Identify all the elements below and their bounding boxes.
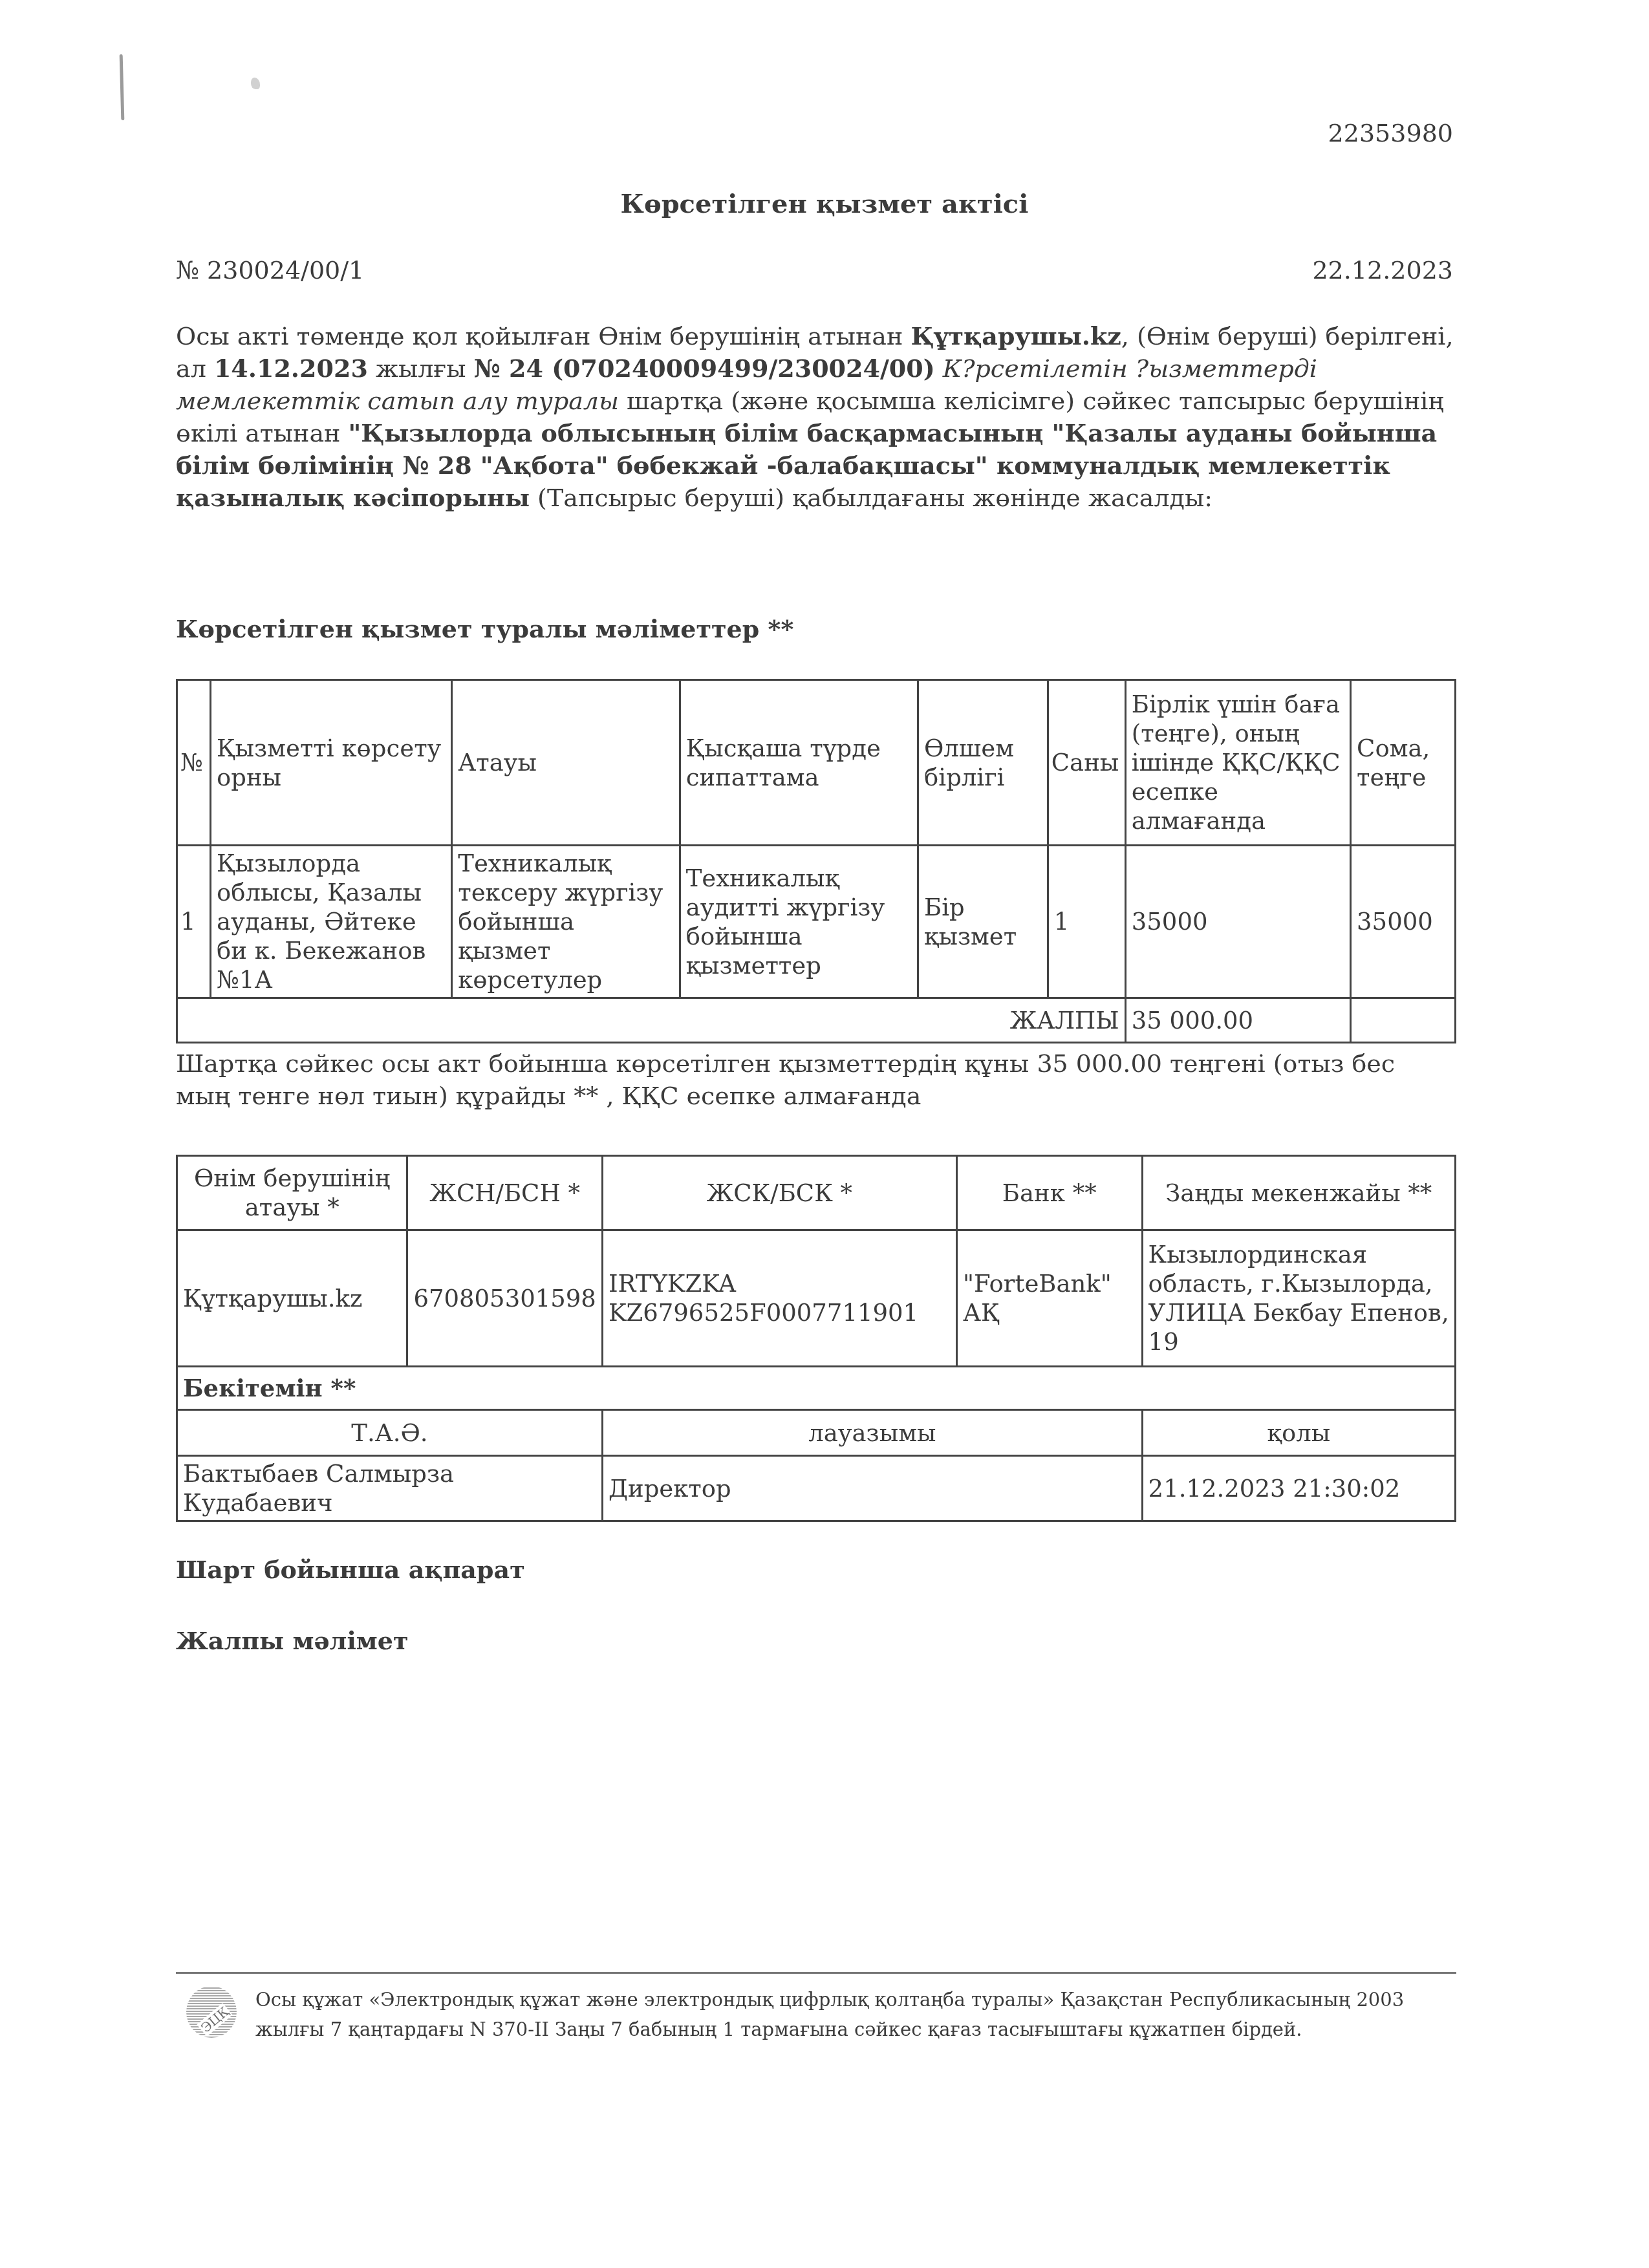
cell-signed-at: 21.12.2023 21:30:02 — [1142, 1456, 1455, 1521]
cell-unit-price: 35000 — [1125, 846, 1350, 998]
total-row: ЖАЛПЫ 35 000.00 — [177, 998, 1456, 1043]
column-header: № — [177, 680, 211, 846]
column-header: Өнім берушінің атауы * — [177, 1156, 407, 1230]
column-header: Өлшем бірлігі — [918, 680, 1048, 846]
cell-description: Техникалық аудитті жүргізу бойынша қызме… — [680, 846, 918, 998]
column-header: Банк ** — [956, 1156, 1142, 1230]
bik: IRTYKZKA — [609, 1269, 951, 1298]
sign-header-row: Т.А.Ә. лауазымы қолы — [177, 1410, 1456, 1456]
cell-no: 1 — [177, 846, 211, 998]
contract-date: 14.12.2023 — [214, 354, 368, 383]
act-number: № 230024/00/1 — [176, 256, 364, 284]
column-header: Қызметті көрсету орны — [210, 680, 451, 846]
supplier-table: Өнім берушінің атауы * ЖСН/БСН * ЖСК/БСК… — [176, 1155, 1456, 1522]
column-header: ЖСК/БСК * — [602, 1156, 956, 1230]
column-header: Атауы — [452, 680, 680, 846]
column-header: лауазымы — [602, 1410, 1142, 1456]
cell-address: Кызылординская область, г.Кызылорда, УЛИ… — [1142, 1230, 1455, 1367]
intro-text — [935, 354, 943, 383]
column-header: Қысқаша түрде сипаттама — [680, 680, 918, 846]
supplier-name: Құтқарушы.kz — [911, 321, 1121, 350]
iik: KZ6796525F0007711901 — [609, 1298, 951, 1327]
contract-number: № 24 (070240009499/230024/00) — [474, 354, 935, 383]
services-table: № Қызметті көрсету орны Атауы Қысқаша тү… — [176, 679, 1456, 1043]
cell-supplier-name: Құтқарушы.kz — [177, 1230, 407, 1367]
column-header: Саны — [1048, 680, 1125, 846]
total-empty-cell — [1351, 998, 1456, 1043]
page-title: Көрсетілген қызмет актісі — [0, 189, 1649, 219]
cell-unit: Бір қызмет — [918, 846, 1048, 998]
table-header-row: № Қызметті көрсету орны Атауы Қысқаша тү… — [177, 680, 1456, 846]
column-header: Заңды мекенжайы ** — [1142, 1156, 1455, 1230]
intro-paragraph: Осы акті төменде қол қойылған Өнім беруш… — [176, 320, 1456, 514]
table-header-row: Өнім берушінің атауы * ЖСН/БСН * ЖСК/БСК… — [177, 1156, 1456, 1230]
contract-info-heading: Шарт бойынша ақпарат — [176, 1555, 525, 1584]
cell-name: Техникалық тексеру жүргізу бойынша қызме… — [452, 846, 680, 998]
cell-account: IRTYKZKAKZ6796525F0007711901 — [602, 1230, 956, 1367]
seal-label: ЭЦҚ — [197, 2003, 232, 2037]
total-value: 35 000.00 — [1125, 998, 1350, 1043]
intro-text: жылғы — [368, 354, 474, 383]
column-header: Сома, теңге — [1351, 680, 1456, 846]
cell-location: Қызылорда облысы, Қазалы ауданы, Әйтеке … — [210, 846, 451, 998]
cell-bank: "ForteBank" АҚ — [956, 1230, 1142, 1367]
e-signature-seal-icon: ЭЦҚ — [186, 1986, 237, 2038]
cell-quantity: 1 — [1048, 846, 1125, 998]
cell-full-name: Бактыбаев Салмырза Кудабаевич — [177, 1456, 603, 1521]
column-header: қолы — [1142, 1410, 1455, 1456]
general-info-heading: Жалпы мәлімет — [176, 1626, 409, 1655]
act-date: 22.12.2023 — [1312, 256, 1453, 284]
cell-amount: 35000 — [1351, 846, 1456, 998]
approve-label: Бекітемін ** — [177, 1367, 1456, 1410]
services-heading: Көрсетілген қызмет туралы мәліметтер ** — [176, 614, 793, 643]
column-header: Т.А.Ә. — [177, 1410, 603, 1456]
table-row: 1 Қызылорда облысы, Қазалы ауданы, Әйтек… — [177, 846, 1456, 998]
footer-divider — [176, 1972, 1456, 1974]
document-id: 22353980 — [1328, 119, 1453, 147]
column-header: Бірлік үшін баға (теңге), оның ішінде ҚҚ… — [1125, 680, 1350, 846]
intro-text: (Тапсырыс беруші) қабылдағаны жөнінде жа… — [530, 484, 1212, 512]
scan-speck — [251, 78, 260, 89]
column-header: ЖСН/БСН * — [407, 1156, 603, 1230]
summary-paragraph: Шартқа сәйкес осы акт бойынша көрсетілге… — [176, 1047, 1456, 1112]
cell-iin-bin: 670805301598 — [407, 1230, 603, 1367]
approve-row: Бекітемін ** — [177, 1367, 1456, 1410]
total-label: ЖАЛПЫ — [177, 998, 1126, 1043]
sign-row: Бактыбаев Салмырза Кудабаевич Директор 2… — [177, 1456, 1456, 1521]
cell-position: Директор — [602, 1456, 1142, 1521]
footer-legal-note: Осы құжат «Электрондық құжат және электр… — [255, 1985, 1458, 2044]
table-row: Құтқарушы.kz 670805301598 IRTYKZKAKZ6796… — [177, 1230, 1456, 1367]
intro-text: Осы акті төменде қол қойылған Өнім беруш… — [176, 322, 911, 350]
scan-pen-mark — [120, 54, 125, 120]
